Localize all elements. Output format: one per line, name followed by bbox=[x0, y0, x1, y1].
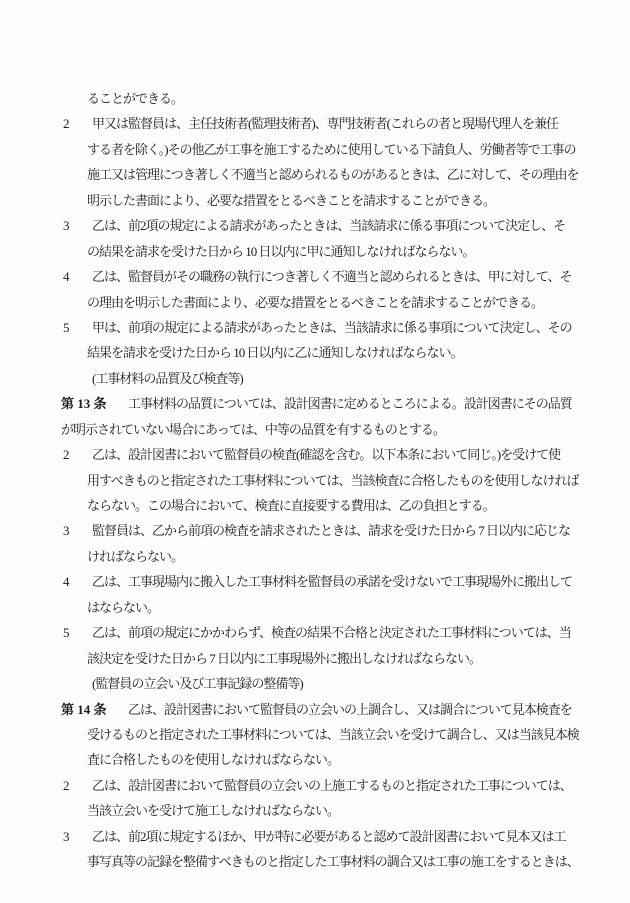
line-text: する者を除く。)その他乙が工事を施工するために使用している下請負人、労働者等で工… bbox=[87, 142, 576, 157]
line-text: ければならない。 bbox=[87, 549, 183, 564]
paragraph-number: 3 bbox=[61, 824, 92, 849]
text-line: 施工又は管理につき著しく不適当と認められるものがあるときは、乙に対して、その理由… bbox=[61, 162, 612, 187]
line-text: 監督員は、乙から前項の検査を請求されたときは、請求を受けた日から 7 日以内に応… bbox=[92, 523, 570, 538]
line-text: 乙は、前2項に規定するほか、甲が特に必要があると認めて設計図書において見本又は工 bbox=[92, 829, 566, 844]
paragraph-number: 2 bbox=[61, 773, 92, 798]
text-line: が明示されていない場合にあっては、中等の品質を有するものとする。 bbox=[61, 417, 612, 442]
line-text: 乙は、設計図書において監督員の検査(確認を含む。以下本条において同じ。)を受けて… bbox=[92, 447, 560, 462]
line-text: 当該立会いを受けて施工しなければならない。 bbox=[87, 803, 339, 818]
section-heading-line: (監督員の立会い及び工事記録の整備等) bbox=[61, 671, 612, 696]
numbered-paragraph-line: 3乙は、前2項の規定による請求があったときは、当該請求に係る事項について決定し、… bbox=[61, 213, 612, 238]
text-line: ければならない。 bbox=[61, 544, 612, 569]
line-text: 査に合格したものを使用しなければならない。 bbox=[87, 752, 339, 767]
numbered-paragraph-line: 2乙は、設計図書において監督員の立会いの上施工するものと指定された工事については… bbox=[61, 773, 612, 798]
section-heading-line: (工事材料の品質及び検査等) bbox=[61, 366, 612, 391]
paragraph-number: 2 bbox=[61, 111, 92, 136]
text-line: はならない。 bbox=[61, 595, 612, 620]
text-line: する者を除く。)その他乙が工事を施工するために使用している下請負人、労働者等で工… bbox=[61, 137, 612, 162]
line-text: 甲又は監督員は、主任技術者(監理技術者)、専門技術者(これらの者と現場代理人を兼… bbox=[92, 116, 558, 131]
numbered-paragraph-line: 4乙は、監督員がその職務の執行につき著しく不適当と認められるときは、甲に対して、… bbox=[61, 264, 612, 289]
line-text: 工事材料の品質については、設計図書に定めるところによる。設計図書にその品質 bbox=[128, 396, 572, 411]
line-text: の理由を明示した書面により、必要な措置をとるべきことを請求することができる。 bbox=[87, 295, 543, 310]
text-line: の結果を請求を受けた日から 10 日以内に甲に通知しなければならない。 bbox=[61, 239, 612, 264]
numbered-paragraph-line: 5甲は、前項の規定による請求があったときは、当該請求に係る事項について決定し、そ… bbox=[61, 315, 612, 340]
line-text: 甲は、前項の規定による請求があったときは、当該請求に係る事項について決定し、その bbox=[92, 320, 572, 335]
line-text: 乙は、前2項の規定による請求があったときは、当該請求に係る事項について決定し、そ bbox=[92, 218, 565, 233]
line-text: 受けるものと指定された工事材料については、当該立会いを受けて調合し、又は当該見本… bbox=[87, 727, 579, 742]
line-text: の結果を請求を受けた日から 10 日以内に甲に通知しなければならない。 bbox=[87, 244, 475, 259]
numbered-paragraph-line: 4乙は、工事現場内に搬入した工事材料を監督員の承諾を受けないで工事現場外に搬出し… bbox=[61, 569, 612, 594]
text-line: 当該立会いを受けて施工しなければならない。 bbox=[61, 798, 612, 823]
paragraph-number: 2 bbox=[61, 442, 92, 467]
line-text: 乙は、設計図書において監督員の立会いの上調合し、又は調合について見本検査を bbox=[128, 702, 572, 717]
line-text: 該決定を受けた日から 7 日以内に工事現場外に搬出しなければならない。 bbox=[87, 651, 481, 666]
text-line: 結果を請求を受けた日から 10 日以内に乙に通知しなければならない。 bbox=[61, 340, 612, 365]
line-text: 事写真等の記録を整備すべきものと指定した工事材料の調合又は工事の施工をするときは… bbox=[87, 854, 579, 869]
line-text: ならない。この場合において、検査に直接要する費用は、乙の負担とする。 bbox=[87, 498, 495, 513]
article-line: 第 14 条乙は、設計図書において監督員の立会いの上調合し、又は調合について見本… bbox=[61, 697, 612, 722]
line-text: 明示した書面により、必要な措置をとるべきことを請求することができる。 bbox=[87, 193, 495, 208]
text-line: 用すべきものと指定された工事材料については、当該検査に合格したものを使用しなけれ… bbox=[61, 468, 612, 493]
numbered-paragraph-line: 3監督員は、乙から前項の検査を請求されたときは、請求を受けた日から 7 日以内に… bbox=[61, 518, 612, 543]
line-text: はならない。 bbox=[87, 600, 159, 615]
line-text: (監督員の立会い及び工事記録の整備等) bbox=[92, 676, 303, 691]
numbered-paragraph-line: 2甲又は監督員は、主任技術者(監理技術者)、専門技術者(これらの者と現場代理人を… bbox=[61, 111, 612, 136]
text-line: 受けるものと指定された工事材料については、当該立会いを受けて調合し、又は当該見本… bbox=[61, 722, 612, 747]
line-text: 乙は、設計図書において監督員の立会いの上施工するものと指定された工事については、 bbox=[92, 778, 572, 793]
paragraph-number: 3 bbox=[61, 213, 92, 238]
document-page: ることができる。2甲又は監督員は、主任技術者(監理技術者)、専門技術者(これらの… bbox=[0, 0, 630, 903]
paragraph-number: 5 bbox=[61, 315, 92, 340]
text-line: 明示した書面により、必要な措置をとるべきことを請求することができる。 bbox=[61, 188, 612, 213]
article-number-label: 第 14 条 bbox=[61, 697, 128, 722]
text-line: ることができる。 bbox=[61, 86, 612, 111]
line-text: (工事材料の品質及び検査等) bbox=[92, 371, 243, 386]
text-line: 事写真等の記録を整備すべきものと指定した工事材料の調合又は工事の施工をするときは… bbox=[61, 849, 612, 874]
line-text: 用すべきものと指定された工事材料については、当該検査に合格したものを使用しなけれ… bbox=[87, 473, 578, 488]
line-text: 乙は、工事現場内に搬入した工事材料を監督員の承諾を受けないで工事現場外に搬出して bbox=[92, 574, 572, 589]
numbered-paragraph-line: 5乙は、前項の規定にかかわらず、検査の結果不合格と決定された工事材料については、… bbox=[61, 620, 612, 645]
text-line: 査に合格したものを使用しなければならない。 bbox=[61, 747, 612, 772]
line-text: が明示されていない場合にあっては、中等の品質を有するものとする。 bbox=[61, 422, 445, 437]
numbered-paragraph-line: 2乙は、設計図書において監督員の検査(確認を含む。以下本条において同じ。)を受け… bbox=[61, 442, 612, 467]
line-text: ることができる。 bbox=[87, 91, 183, 106]
text-line: 該決定を受けた日から 7 日以内に工事現場外に搬出しなければならない。 bbox=[61, 646, 612, 671]
text-line: ならない。この場合において、検査に直接要する費用は、乙の負担とする。 bbox=[61, 493, 612, 518]
line-text: 施工又は管理につき著しく不適当と認められるものがあるときは、乙に対して、その理由… bbox=[87, 167, 578, 182]
numbered-paragraph-line: 3乙は、前2項に規定するほか、甲が特に必要があると認めて設計図書において見本又は… bbox=[61, 824, 612, 849]
line-text: 結果を請求を受けた日から 10 日以内に乙に通知しなければならない。 bbox=[87, 345, 463, 360]
article-number-label: 第 13 条 bbox=[61, 391, 128, 416]
article-line: 第 13 条工事材料の品質については、設計図書に定めるところによる。設計図書にそ… bbox=[61, 391, 612, 416]
line-text: 乙は、監督員がその職務の執行につき著しく不適当と認められるときは、甲に対して、そ bbox=[92, 269, 571, 284]
text-line: の理由を明示した書面により、必要な措置をとるべきことを請求することができる。 bbox=[61, 290, 612, 315]
line-text: 乙は、前項の規定にかかわらず、検査の結果不合格と決定された工事材料については、当 bbox=[92, 625, 571, 640]
paragraph-number: 4 bbox=[61, 264, 92, 289]
document-body: ることができる。2甲又は監督員は、主任技術者(監理技術者)、専門技術者(これらの… bbox=[0, 0, 630, 875]
paragraph-number: 5 bbox=[61, 620, 92, 645]
paragraph-number: 3 bbox=[61, 518, 92, 543]
paragraph-number: 4 bbox=[61, 569, 92, 594]
